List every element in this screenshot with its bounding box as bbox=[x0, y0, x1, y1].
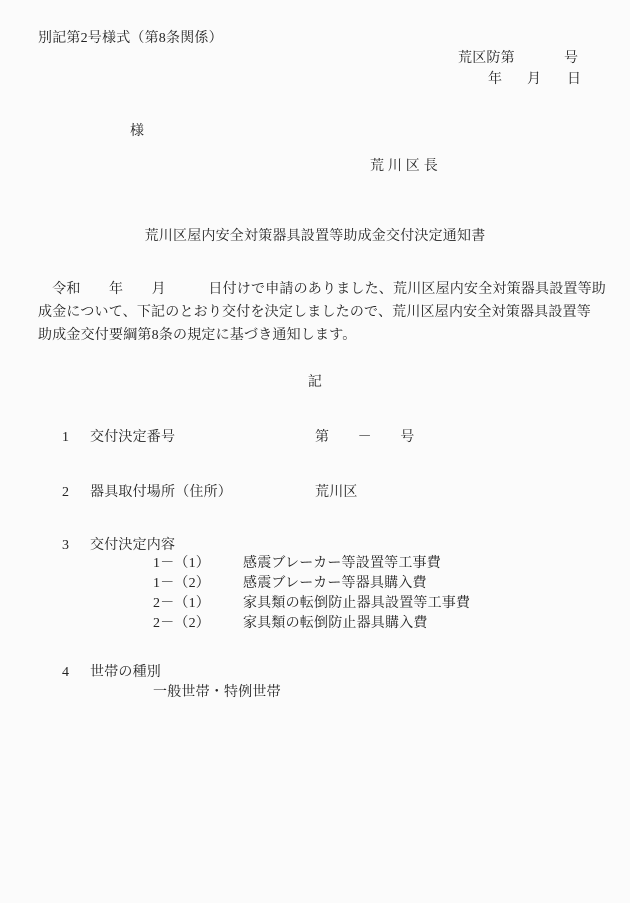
item-4-number: 4 bbox=[62, 665, 69, 681]
date-year-label: 年 bbox=[488, 72, 502, 88]
decision-detail-3-text: 家具類の転倒防止器具設置等工事費 bbox=[243, 596, 470, 612]
decision-detail-4-code: 2－（2） bbox=[153, 616, 210, 632]
document-title: 荒川区屋内安全対策器具設置等助成金交付決定通知書 bbox=[0, 229, 630, 245]
item-1-label: 交付決定番号 bbox=[90, 430, 175, 446]
body-line-2: 成金について、下記のとおり交付を決定しましたので、荒川区屋内安全対策器具設置等 bbox=[38, 305, 591, 321]
body-line-1: 令和 年 月 日付けで申請のありました、荒川区屋内安全対策器具設置等助 bbox=[38, 282, 606, 298]
household-type-value: 一般世帯・特例世帯 bbox=[153, 685, 281, 701]
addressee-honorific: 様 bbox=[130, 124, 144, 140]
date-month-label: 月 bbox=[527, 72, 541, 88]
body-line-3: 助成金交付要綱第8条の規定に基づき通知します。 bbox=[38, 328, 356, 344]
decision-detail-4-text: 家具類の転倒防止器具購入費 bbox=[243, 616, 428, 632]
item-1-value: 第 － 号 bbox=[315, 430, 414, 446]
decision-detail-2-text: 感震ブレーカー等器具購入費 bbox=[243, 576, 427, 592]
item-4-label: 世帯の種別 bbox=[90, 665, 161, 681]
notification-document-page: 別記第2号様式（第8条関係） 荒区防第 号 年 月 日 様 荒 川 区 長 荒川… bbox=[0, 0, 630, 903]
decision-detail-3-code: 2－（1） bbox=[153, 596, 210, 612]
item-2-number: 2 bbox=[62, 485, 69, 501]
decision-detail-2-code: 1－（2） bbox=[153, 576, 210, 592]
document-number-suffix: 号 bbox=[564, 51, 578, 67]
item-3-number: 3 bbox=[62, 538, 69, 554]
item-3-label: 交付決定内容 bbox=[90, 538, 175, 554]
form-style-label: 別記第2号様式（第8条関係） bbox=[38, 31, 223, 47]
record-marker: 記 bbox=[0, 375, 630, 391]
item-2-value: 荒川区 bbox=[315, 485, 358, 501]
decision-detail-1-code: 1－（1） bbox=[153, 556, 210, 572]
item-1-number: 1 bbox=[62, 430, 69, 446]
document-number-prefix: 荒区防第 bbox=[458, 51, 515, 67]
sender-name: 荒 川 区 長 bbox=[370, 159, 438, 175]
date-day-label: 日 bbox=[567, 72, 581, 88]
decision-detail-1-text: 感震ブレーカー等設置等工事費 bbox=[243, 556, 441, 572]
item-2-label: 器具取付場所（住所） bbox=[90, 485, 232, 501]
